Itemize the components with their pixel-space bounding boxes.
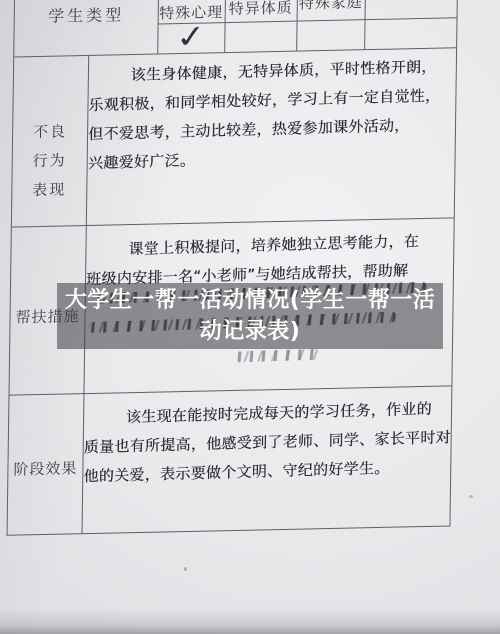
paper-speck [469, 495, 473, 498]
handwriting-stage-effect: 该生现在能按时完成每天的学习任务，作业的 质量也有所提高，他感受到了老师、同学、… [83, 394, 450, 491]
row-label-line: 表现 [12, 175, 86, 206]
caption-line-1: 大学生一帮一活动情况(学生一帮一活 [65, 285, 436, 316]
grid-line [9, 385, 451, 395]
column-header-special-constitution: 特异体质 [225, 0, 297, 19]
checkmark-icon: ✓ [174, 17, 208, 56]
row-label-bad-behavior: 不良 行为 表现 [12, 117, 87, 206]
grid-line [12, 217, 454, 227]
column-header-special-family: 特殊家庭 [297, 0, 365, 14]
column-header-special-clipped: 特殊 [365, 0, 457, 4]
photo-paper: 学生类型 特殊心理 特异体质 特殊家庭 特殊 ✓ 不良 行为 表现 该生身体健康… [0, 0, 500, 634]
caption-overlay: 大学生一帮一活动情况(学生一帮一活 动记录表) [57, 283, 443, 349]
row-label-line: 行为 [13, 146, 87, 177]
student-type-label: 学生类型 [15, 1, 158, 27]
row-label-stage-effect: 阶段效果 [8, 457, 82, 480]
paper-speck [184, 567, 187, 571]
caption-line-2: 动记录表) [200, 316, 301, 347]
handwriting-bad-behavior: 该生身体健康，无特异体质，平时性格开朗， 乐观积极，和同学相处较好，学习上有一定… [88, 52, 455, 178]
record-table: 学生类型 特殊心理 特异体质 特殊家庭 特殊 ✓ 不良 行为 表现 该生身体健康… [7, 0, 459, 536]
row-label-line: 不良 [13, 117, 87, 148]
obscured-handwriting-strokes [235, 349, 320, 363]
checked-cell: ✓ [157, 20, 238, 54]
